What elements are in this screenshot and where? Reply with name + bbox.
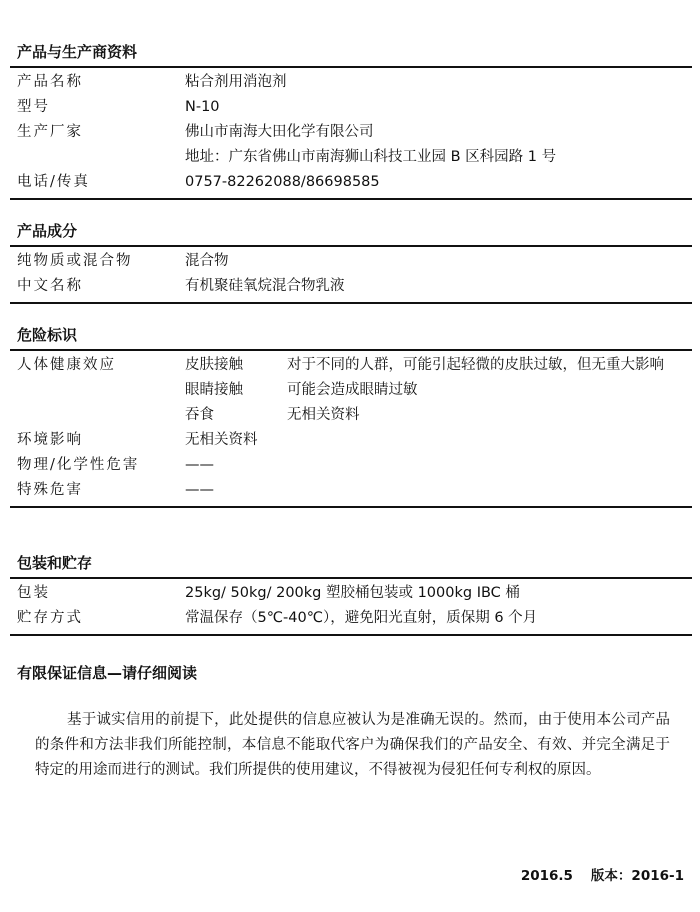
field-value: 地址：广东省佛山市南海狮山科技工业园 B 区科园路 1 号 [185, 145, 692, 170]
section-title: 产品与生产商资料 [10, 43, 692, 63]
exposure-route: 皮肤接触 [185, 353, 287, 378]
divider [10, 634, 692, 636]
section-title: 包装和贮存 [10, 554, 692, 574]
divider [10, 198, 692, 200]
field-value: —— [185, 453, 692, 478]
field-label: 环境影响 [10, 428, 185, 453]
row-chinese-name: 中文名称 有机聚硅氧烷混合物乳液 [10, 274, 692, 299]
field-label: 型号 [10, 95, 185, 120]
field-label: 中文名称 [10, 274, 185, 299]
field-label: 生产厂家 [10, 120, 185, 145]
exposure-route: 眼睛接触 [185, 378, 287, 403]
field-label: 电话/传真 [10, 170, 185, 195]
section-hazards: 危险标识 人体健康效应 皮肤接触 对于不同的人群，可能引起轻微的皮肤过敏，但无重… [10, 326, 692, 508]
warranty-title: 有限保证信息—请仔细阅读 [17, 662, 197, 683]
row-phone-fax: 电话/传真 0757-82262088/86698585 [10, 170, 692, 195]
row-product-name: 产品名称 粘合剂用消泡剂 [10, 70, 692, 95]
row-special-hazards: 特殊危害 —— [10, 478, 692, 503]
field-label: 包装 [10, 581, 185, 606]
field-value: 无相关资料 [185, 428, 692, 453]
footer: 2016.5版本：2016-1 [521, 864, 684, 884]
health-item-skin: 皮肤接触 对于不同的人群，可能引起轻微的皮肤过敏，但无重大影响 [185, 353, 692, 378]
section-product-info: 产品与生产商资料 产品名称 粘合剂用消泡剂 型号 N-10 生产厂家 佛山市南海… [10, 43, 692, 200]
field-label: 纯物质或混合物 [10, 249, 185, 274]
health-item-ingestion: 吞食 无相关资料 [185, 403, 692, 428]
exposure-effect: 对于不同的人群，可能引起轻微的皮肤过敏，但无重大影响 [287, 353, 692, 378]
row-manufacturer: 生产厂家 佛山市南海大田化学有限公司 [10, 120, 692, 145]
exposure-effect: 无相关资料 [287, 403, 692, 428]
field-label: 人体健康效应 [10, 353, 185, 428]
field-label [10, 145, 185, 170]
field-value: N-10 [185, 95, 692, 120]
field-value: 0757-82262088/86698585 [185, 170, 692, 195]
section-title: 产品成分 [10, 222, 692, 242]
field-value: 常温保存（5℃-40℃），避免阳光直射，质保期 6 个月 [185, 606, 692, 631]
field-label: 产品名称 [10, 70, 185, 95]
section-packaging: 包装和贮存 包装 25kg/ 50kg/ 200kg 塑胶桶包装或 1000kg… [10, 554, 692, 636]
row-packaging: 包装 25kg/ 50kg/ 200kg 塑胶桶包装或 1000kg IBC 桶 [10, 581, 692, 606]
field-label: 贮存方式 [10, 606, 185, 631]
field-value: 佛山市南海大田化学有限公司 [185, 120, 692, 145]
document-page: 产品与生产商资料 产品名称 粘合剂用消泡剂 型号 N-10 生产厂家 佛山市南海… [0, 0, 700, 912]
row-environmental: 环境影响 无相关资料 [10, 428, 692, 453]
warranty-body: 基于诚实信用的前提下，此处提供的信息应被认为是准确无误的。然而，由于使用本公司产… [35, 708, 670, 783]
footer-date: 2016.5 [521, 868, 573, 884]
row-health-effects: 人体健康效应 皮肤接触 对于不同的人群，可能引起轻微的皮肤过敏，但无重大影响 眼… [10, 353, 692, 428]
section-composition: 产品成分 纯物质或混合物 混合物 中文名称 有机聚硅氧烷混合物乳液 [10, 222, 692, 304]
field-value: 粘合剂用消泡剂 [185, 70, 692, 95]
divider [10, 506, 692, 508]
row-physical-chemical: 物理/化学性危害 —— [10, 453, 692, 478]
exposure-route: 吞食 [185, 403, 287, 428]
divider [10, 302, 692, 304]
row-model: 型号 N-10 [10, 95, 692, 120]
section-title: 危险标识 [10, 326, 692, 346]
field-label: 特殊危害 [10, 478, 185, 503]
footer-version: 版本：2016-1 [591, 868, 684, 884]
row-substance-type: 纯物质或混合物 混合物 [10, 249, 692, 274]
field-value: 混合物 [185, 249, 692, 274]
row-storage: 贮存方式 常温保存（5℃-40℃），避免阳光直射，质保期 6 个月 [10, 606, 692, 631]
field-value: 25kg/ 50kg/ 200kg 塑胶桶包装或 1000kg IBC 桶 [185, 581, 692, 606]
field-label: 物理/化学性危害 [10, 453, 185, 478]
health-item-eyes: 眼睛接触 可能会造成眼睛过敏 [185, 378, 692, 403]
exposure-effect: 可能会造成眼睛过敏 [287, 378, 692, 403]
field-value: 有机聚硅氧烷混合物乳液 [185, 274, 692, 299]
field-value: —— [185, 478, 692, 503]
row-address: 地址：广东省佛山市南海狮山科技工业园 B 区科园路 1 号 [10, 145, 692, 170]
